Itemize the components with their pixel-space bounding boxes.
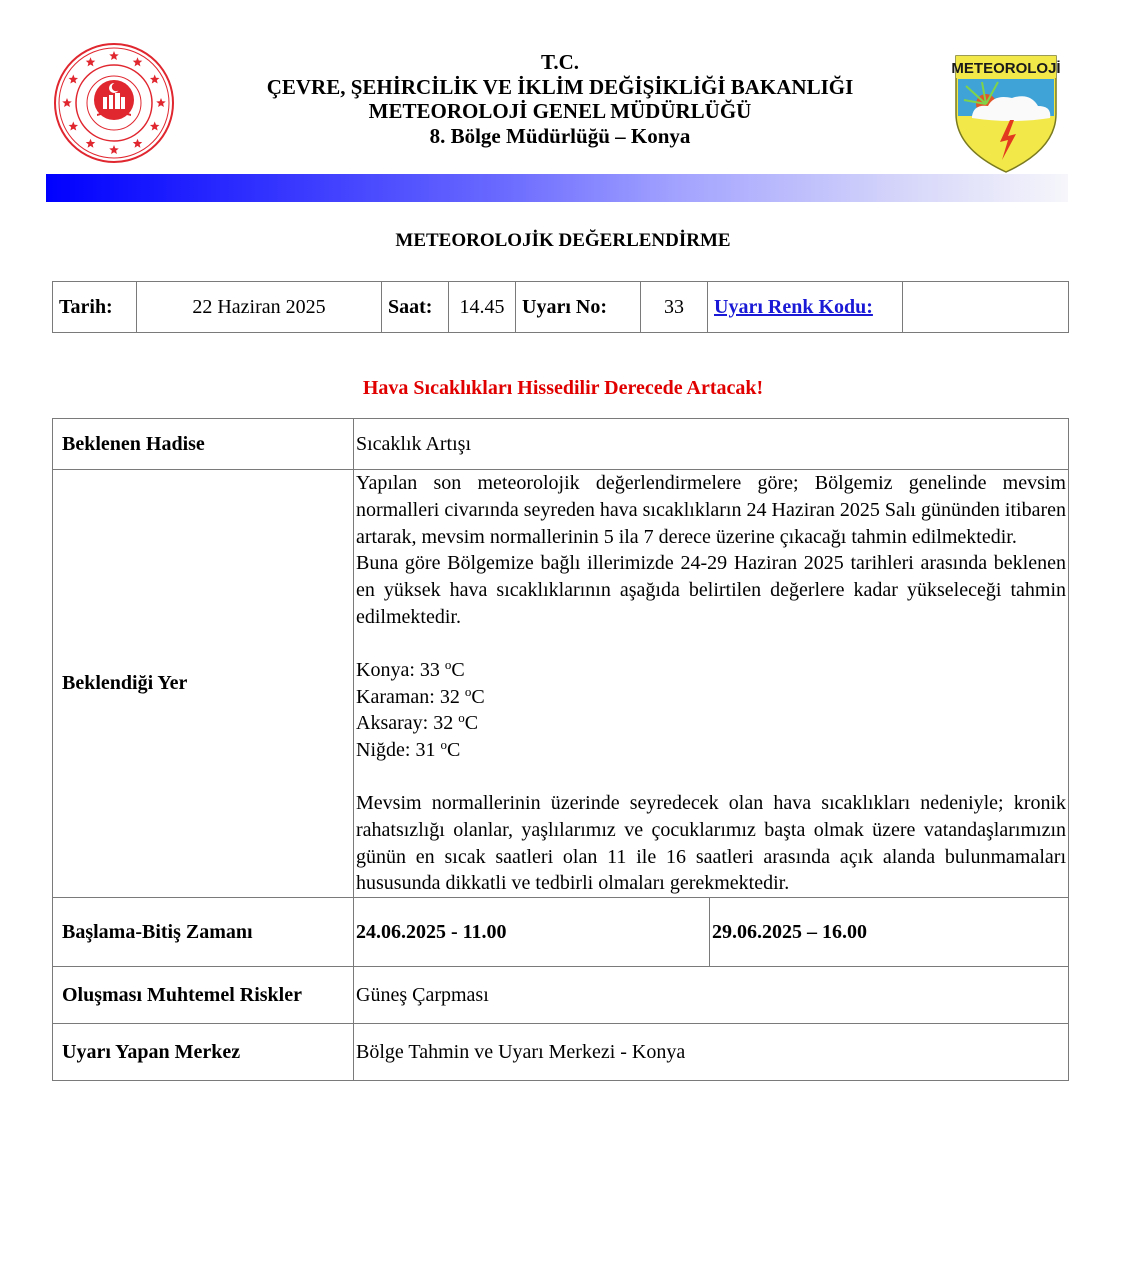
header-line-directorate: METEOROLOJİ GENEL MÜDÜRLÜĞÜ bbox=[210, 99, 910, 124]
warning-no-label: Uyarı No: bbox=[516, 282, 641, 333]
place-paragraph-3: Mevsim normallerinin üzerinde seyredecek… bbox=[356, 790, 1066, 897]
temperature-list: Konya: 33 oC Karaman: 32 oC Aksaray: 32 … bbox=[356, 657, 1066, 764]
header-line-ministry: ÇEVRE, ŞEHİRCİLİK VE İKLİM DEĞİŞİKLİĞİ B… bbox=[210, 75, 910, 100]
time-value: 14.45 bbox=[449, 282, 516, 333]
place-paragraph-2: Buna göre Bölgemize bağlı illerimizde 24… bbox=[356, 550, 1066, 630]
table-row: Beklenen Hadise Sıcaklık Artışı bbox=[53, 419, 1069, 470]
ministry-seal-icon bbox=[53, 42, 175, 164]
center-value: Bölge Tahmin ve Uyarı Merkezi - Konya bbox=[354, 1024, 1069, 1081]
header-line-tc: T.C. bbox=[210, 50, 910, 75]
temperature-item: Aksaray: 32 oC bbox=[356, 710, 1066, 737]
temperature-item: Niğde: 31 oC bbox=[356, 737, 1066, 764]
table-row: Uyarı Yapan Merkez Bölge Tahmin ve Uyarı… bbox=[53, 1024, 1069, 1081]
header-line-region: 8. Bölge Müdürlüğü – Konya bbox=[210, 124, 910, 149]
time-label: Saat: bbox=[382, 282, 449, 333]
header-gradient-bar bbox=[46, 174, 1068, 202]
table-row: Oluşması Muhtemel Riskler Güneş Çarpması bbox=[53, 967, 1069, 1024]
event-label: Beklenen Hadise bbox=[53, 419, 354, 470]
warning-no-value: 33 bbox=[641, 282, 708, 333]
risks-value: Güneş Çarpması bbox=[354, 967, 1069, 1024]
end-time-value: 29.06.2025 – 16.00 bbox=[710, 898, 1069, 967]
table-row: Başlama-Bitiş Zamanı 24.06.2025 - 11.00 … bbox=[53, 898, 1069, 967]
date-value: 22 Haziran 2025 bbox=[137, 282, 382, 333]
color-code-link[interactable]: Uyarı Renk Kodu: bbox=[714, 296, 873, 318]
temperature-item: Konya: 33 oC bbox=[356, 657, 1066, 684]
event-value: Sıcaklık Artışı bbox=[354, 419, 1069, 470]
info-table: Tarih: 22 Haziran 2025 Saat: 14.45 Uyarı… bbox=[52, 281, 1069, 333]
table-row: Beklendiği Yer Yapılan son meteorolojik … bbox=[53, 470, 1069, 898]
svg-text:METEOROLOJİ: METEOROLOJİ bbox=[952, 60, 1060, 77]
place-value: Yapılan son meteorolojik değerlendirmele… bbox=[354, 470, 1069, 898]
color-code-value bbox=[903, 282, 1069, 333]
temperature-item: Karaman: 32 oC bbox=[356, 684, 1066, 711]
time-range-label: Başlama-Bitiş Zamanı bbox=[53, 898, 354, 967]
risks-label: Oluşması Muhtemel Riskler bbox=[53, 967, 354, 1024]
start-time-value: 24.06.2025 - 11.00 bbox=[354, 898, 710, 967]
header: T.C. ÇEVRE, ŞEHİRCİLİK VE İKLİM DEĞİŞİKL… bbox=[210, 50, 910, 148]
meteoroloji-shield-icon: METEOROLOJİ bbox=[952, 54, 1060, 174]
warning-headline: Hava Sıcaklıkları Hissedilir Derecede Ar… bbox=[0, 377, 1126, 400]
place-label: Beklendiği Yer bbox=[53, 470, 354, 898]
document-title: METEOROLOJİK DEĞERLENDİRME bbox=[0, 230, 1126, 252]
warning-details-table: Beklenen Hadise Sıcaklık Artışı Beklendi… bbox=[52, 418, 1069, 1081]
date-label: Tarih: bbox=[53, 282, 137, 333]
place-paragraph-1: Yapılan son meteorolojik değerlendirmele… bbox=[356, 470, 1066, 550]
center-label: Uyarı Yapan Merkez bbox=[53, 1024, 354, 1081]
color-code-cell: Uyarı Renk Kodu: bbox=[708, 282, 903, 333]
